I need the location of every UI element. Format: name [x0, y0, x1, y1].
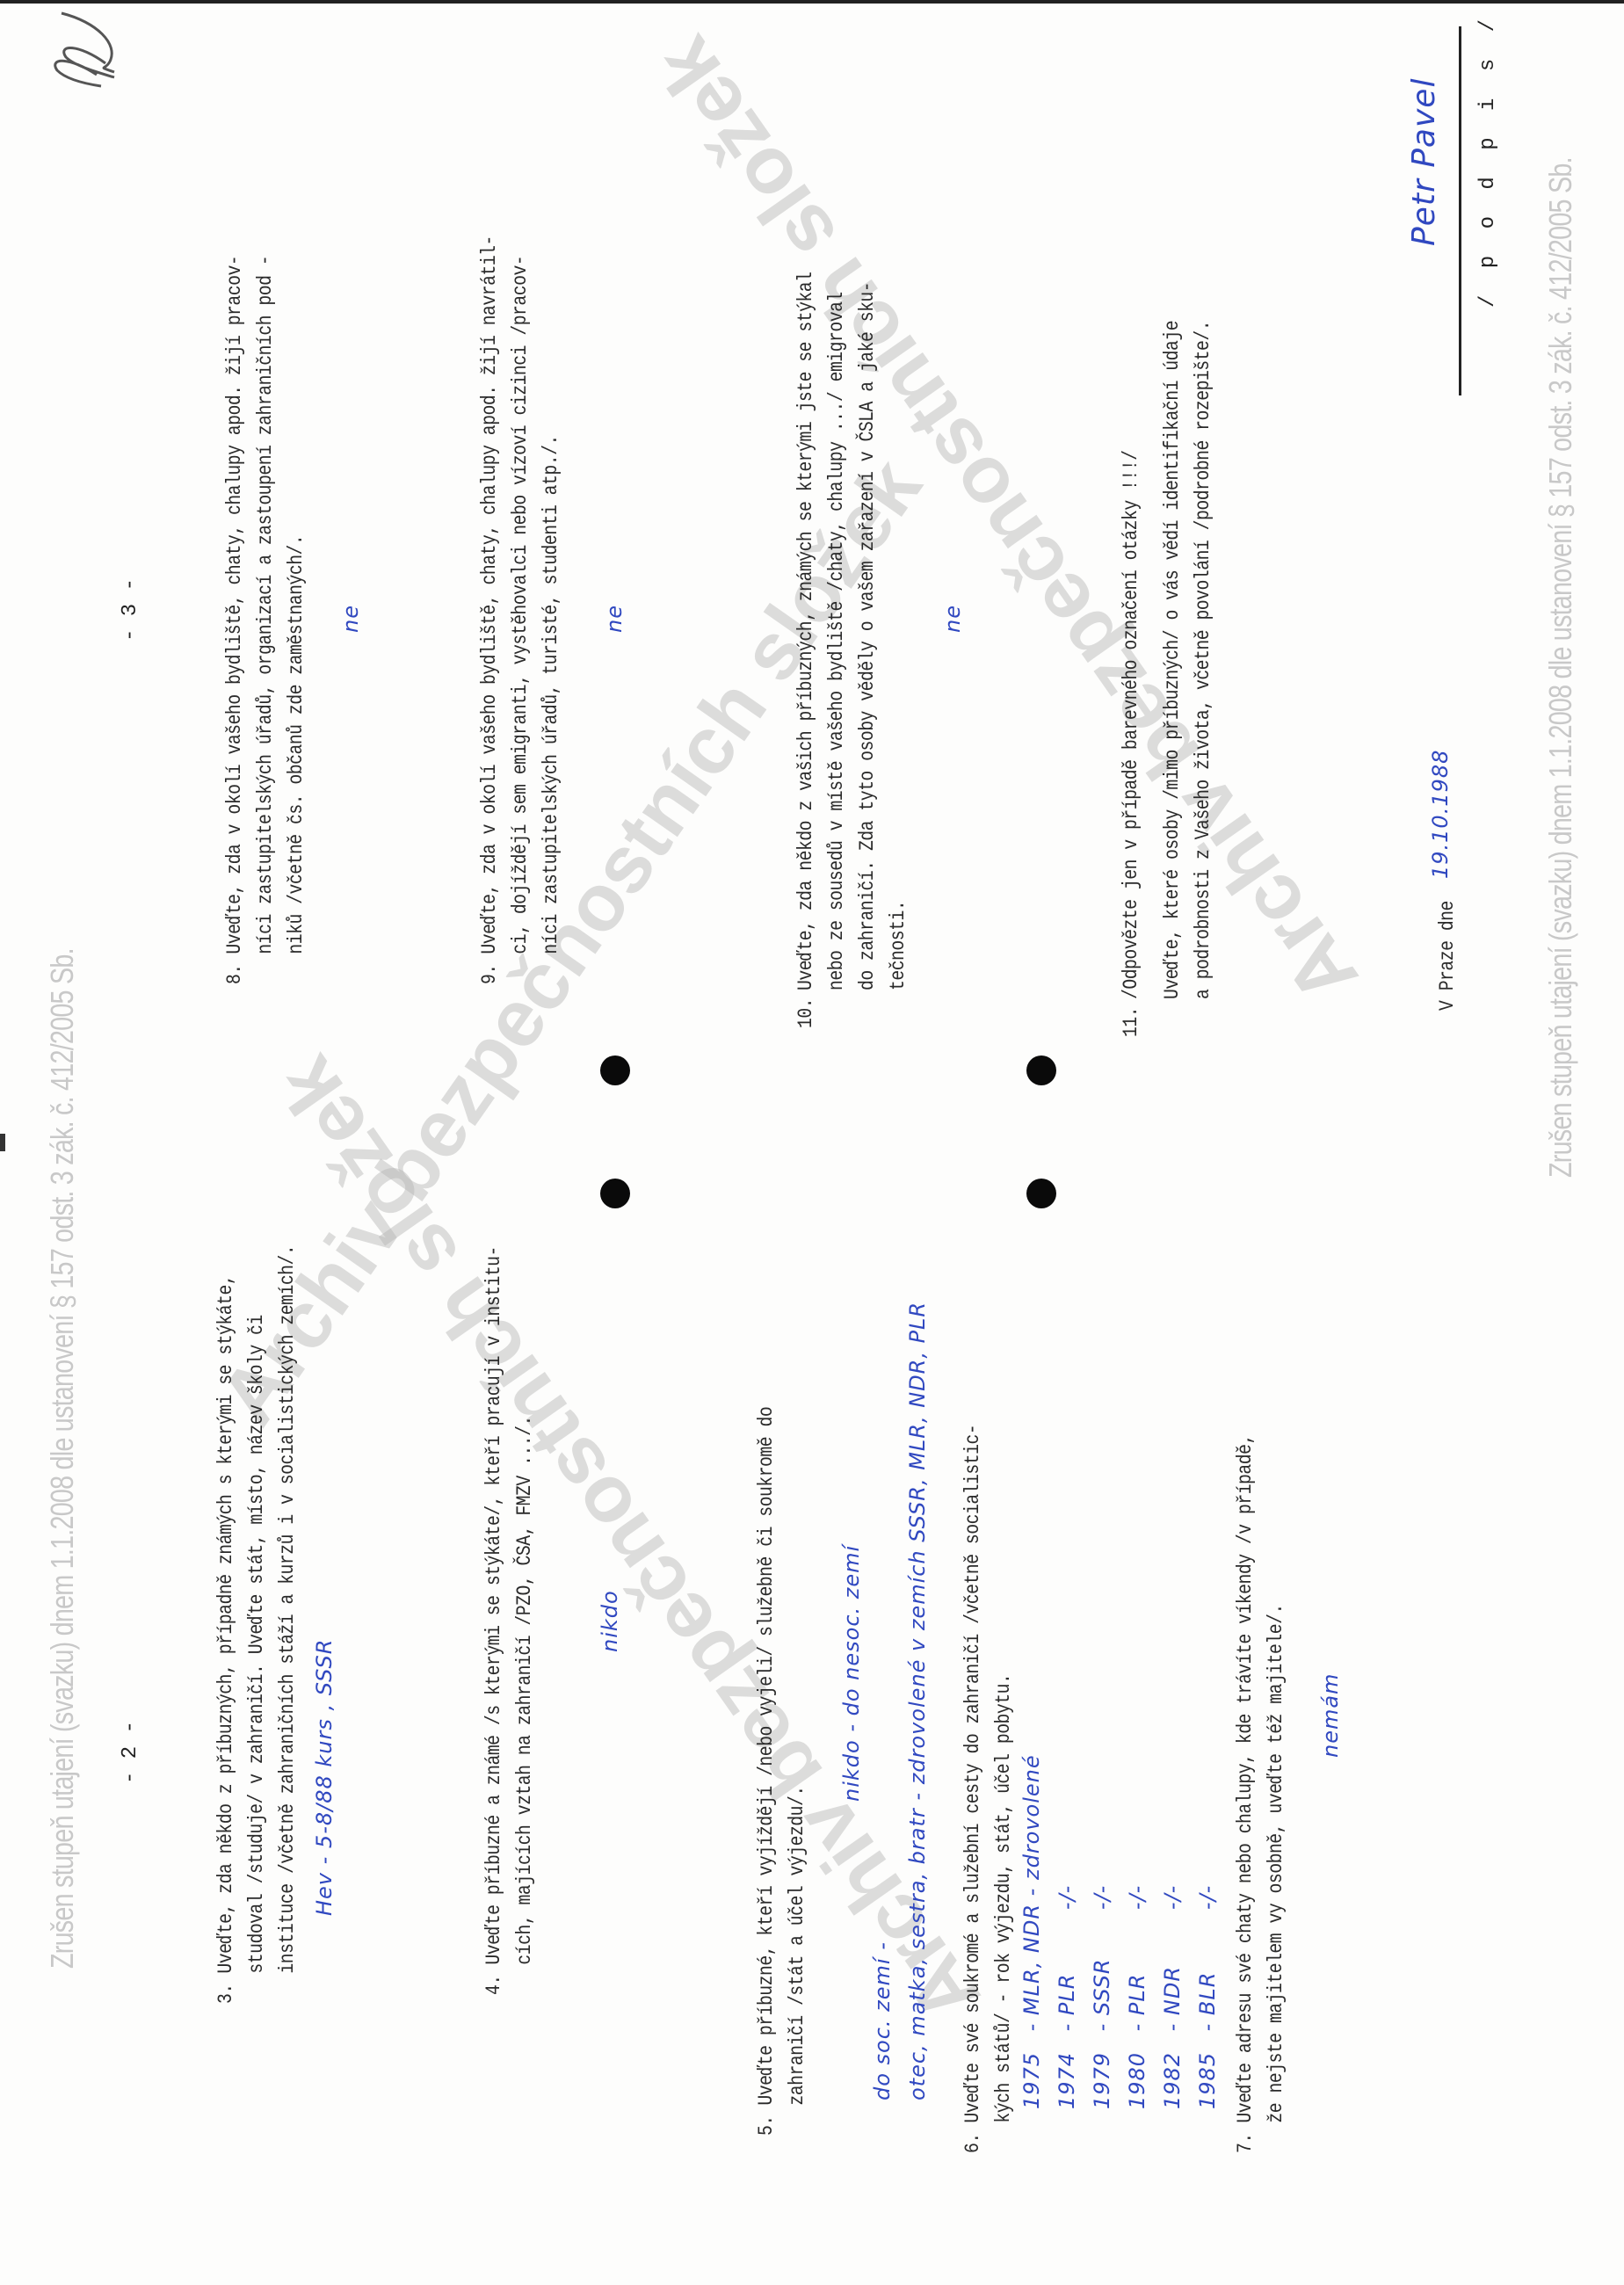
- declassification-stamp-left: Zrušen stupeň utajení (svazku) dnem 1.1.…: [44, 948, 81, 1969]
- trip-row: 1980 - PLR-/-: [1125, 1754, 1160, 2109]
- punch-hole: [1026, 1055, 1056, 1085]
- answer-3: Hev - 5-8/88 kurs , SSSR: [312, 1639, 337, 1916]
- punch-hole: [600, 1055, 630, 1085]
- answer-5-line-3: otec, matka, sestra, bratr - zdrovolené …: [905, 1302, 930, 2100]
- question-9: 9.Uveďte, zda v okolí vašeho bydliště, c…: [475, 236, 567, 984]
- question-11: 11./Odpovězte jen v případě barevného oz…: [1116, 321, 1219, 1037]
- question-3: 3.Uveďte, zda někdo z příbuzných, případ…: [211, 1245, 303, 2004]
- punch-hole: [600, 1179, 630, 1208]
- punch-hole: [1026, 1179, 1056, 1208]
- answer-10: ne: [940, 605, 965, 633]
- place-date-label: V Praze dne: [1432, 901, 1463, 1011]
- date-value: 19.10.1988: [1428, 750, 1453, 879]
- answer-7: nemám: [1318, 1673, 1343, 1758]
- answer-5-line-1: nikdo - do nesoc. zemí: [839, 1545, 864, 1802]
- answer-8: ne: [338, 605, 363, 633]
- answer-5-line-2: do soc. zemí -: [870, 1941, 895, 2100]
- signature-line: [1459, 26, 1461, 395]
- trip-row: 1975 - MLR, NDR - zdrovolené: [1019, 1754, 1055, 2109]
- trip-row: 1974 - PLR-/-: [1055, 1754, 1090, 2109]
- question-5: 5.Uveďte příbuzné, kteří vyjíždějí /nebo…: [751, 1407, 813, 2136]
- declassification-stamp-right: Zrušen stupeň utajení (svazku) dnem 1.1.…: [1542, 157, 1579, 1178]
- signature: Petr Pavel: [1406, 78, 1442, 246]
- signature-label: / p o d p i s /: [1476, 12, 1500, 308]
- question-10: 10.Uveďte, zda někdo z vašich příbuzných…: [791, 272, 914, 1028]
- trips-list: 1975 - MLR, NDR - zdrovolené 1974 - PLR-…: [1019, 1754, 1230, 2109]
- question-7: 7.Uveďte adresu své chaty nebo chalupy, …: [1230, 1434, 1292, 2153]
- question-4: 4.Uveďte příbuzné a známé /s kterými se …: [479, 1246, 540, 1995]
- trip-row: 1979 - SSSR-/-: [1090, 1754, 1125, 2109]
- answer-4: nikdo: [598, 1590, 622, 1652]
- trip-row: 1982 - NDR-/-: [1160, 1754, 1195, 2109]
- question-6: 6.Uveďte své soukromé a služební cesty d…: [958, 1425, 1019, 2153]
- page-number-2: - 2 -: [119, 1721, 142, 1784]
- document-sheet: Zrušen stupeň utajení (svazku) dnem 1.1.…: [0, 0, 1624, 2285]
- question-8: 8.Uveďte, zda v okolí vašeho bydliště, c…: [220, 256, 312, 984]
- page-number-3: - 3 -: [119, 578, 142, 642]
- trip-row: 1985 - BLR-/-: [1195, 1754, 1230, 2109]
- archive-watermark-3: Archiv bezpečnostních složek: [638, 20, 1376, 1019]
- answer-9: ne: [602, 605, 627, 633]
